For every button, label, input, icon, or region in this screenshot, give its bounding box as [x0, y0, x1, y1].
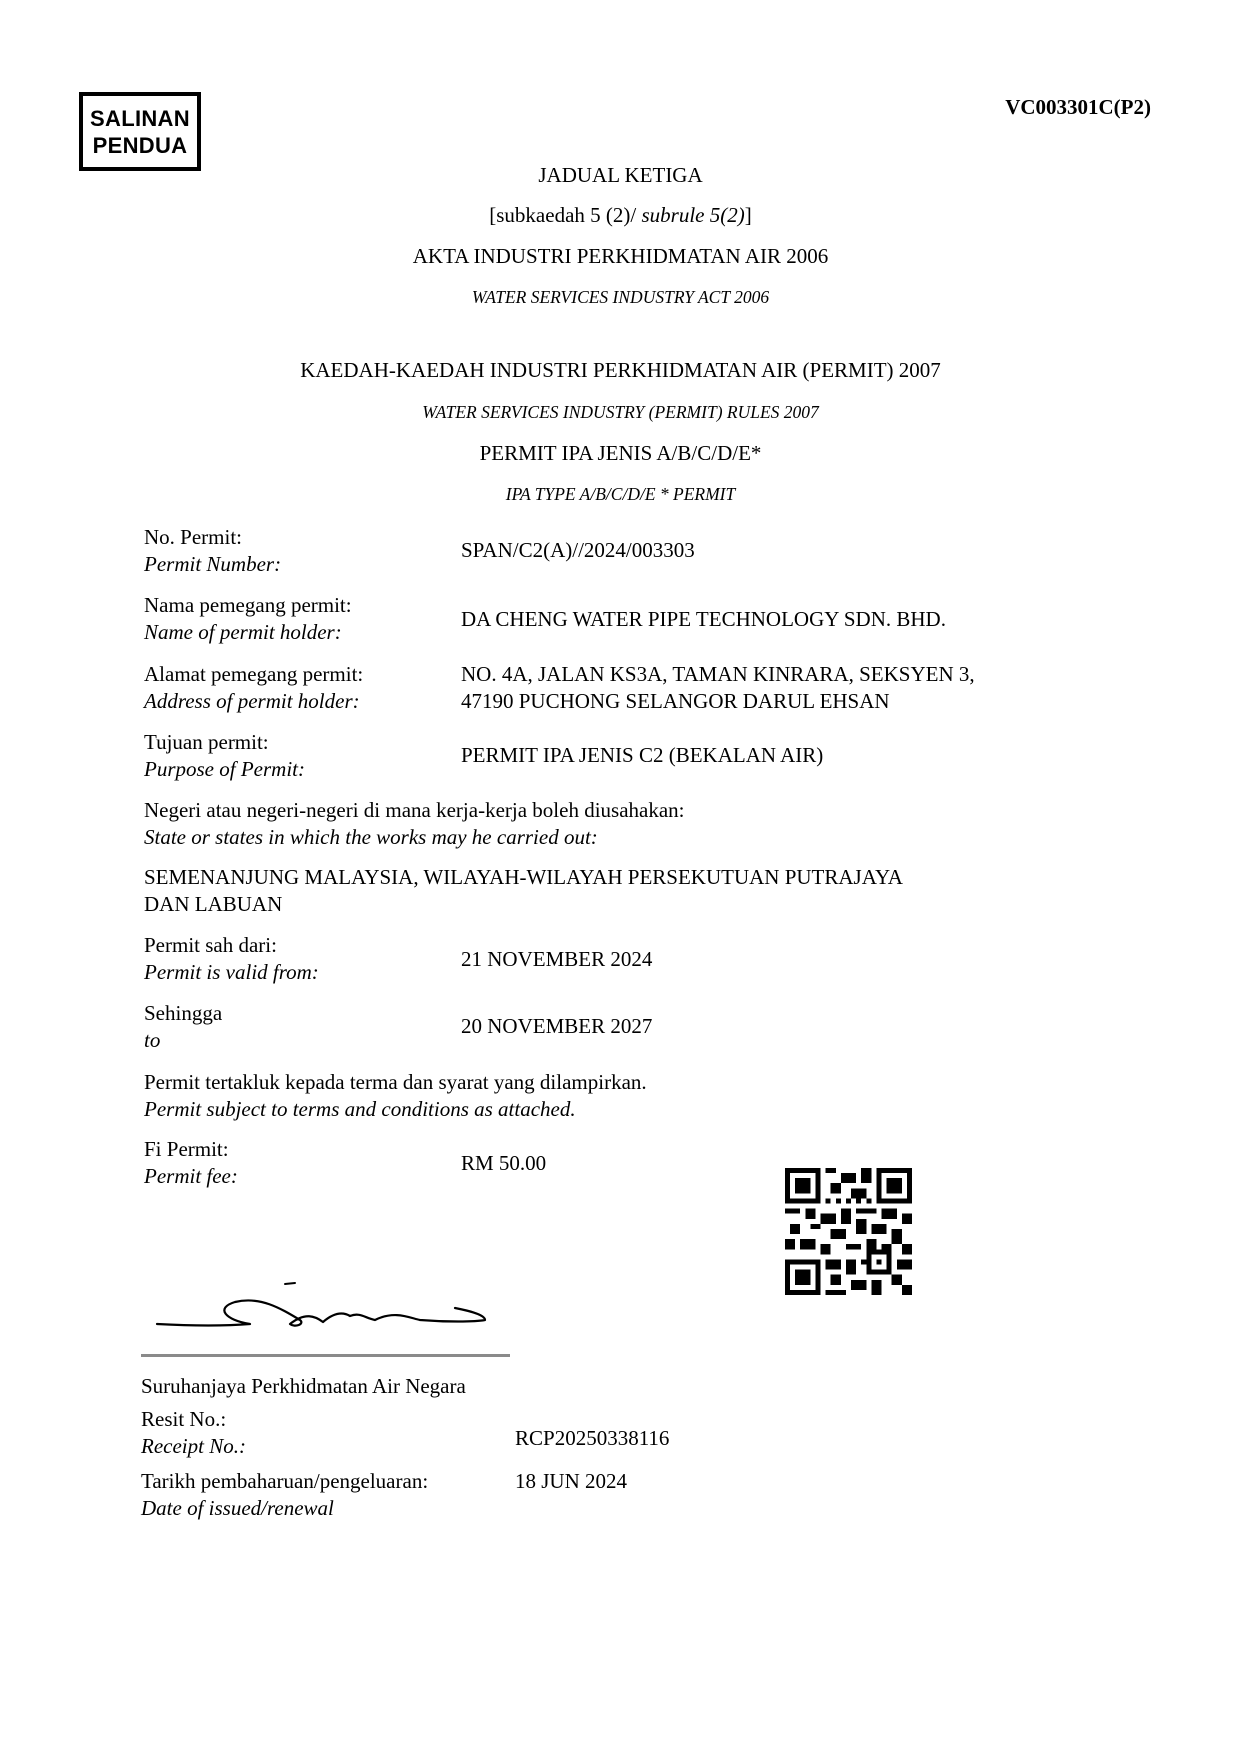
- act-title-en: WATER SERVICES INDUSTRY ACT 2006: [0, 287, 1241, 308]
- permit-type-my: PERMIT IPA JENIS A/B/C/D/E*: [0, 441, 1241, 466]
- holder-address-label: Alamat pemegang permit: Address of permi…: [144, 661, 363, 715]
- valid-to-label: Sehingga to: [144, 1000, 222, 1054]
- signature-icon: [155, 1280, 495, 1340]
- signature-line: [141, 1354, 510, 1357]
- stamp-line-1: SALINAN: [90, 105, 190, 132]
- qr-code-icon: [785, 1168, 912, 1295]
- stamp-line-2: PENDUA: [93, 132, 188, 159]
- act-title-my: AKTA INDUSTRI PERKHIDMATAN AIR 2006: [0, 244, 1241, 269]
- schedule-title: JADUAL KETIGA: [0, 163, 1241, 188]
- subrule-reference: [subkaedah 5 (2)/ subrule 5(2)]: [0, 203, 1241, 228]
- valid-from-label: Permit sah dari: Permit is valid from:: [144, 932, 319, 986]
- holder-address-value: NO. 4A, JALAN KS3A, TAMAN KINRARA, SEKSY…: [461, 661, 975, 715]
- receipt-value: RCP20250338116: [515, 1425, 669, 1452]
- rules-title-en: WATER SERVICES INDUSTRY (PERMIT) RULES 2…: [0, 402, 1241, 423]
- states-label: Negeri atau negeri-negeri di mana kerja-…: [144, 797, 685, 851]
- permit-number-value: SPAN/C2(A)//2024/003303: [461, 537, 695, 564]
- fee-value: RM 50.00: [461, 1150, 546, 1177]
- issue-date-value: 18 JUN 2024: [515, 1468, 627, 1495]
- receipt-label: Resit No.: Receipt No.:: [141, 1406, 246, 1460]
- permit-number-label: No. Permit: Permit Number:: [144, 524, 281, 578]
- states-value: SEMENANJUNG MALAYSIA, WILAYAH-WILAYAH PE…: [144, 864, 903, 918]
- authority-name: Suruhanjaya Perkhidmatan Air Negara: [141, 1373, 466, 1400]
- holder-name-label: Nama pemegang permit: Name of permit hol…: [144, 592, 352, 646]
- valid-to-value: 20 NOVEMBER 2027: [461, 1013, 652, 1040]
- terms-note: Permit tertakluk kepada terma dan syarat…: [144, 1069, 647, 1123]
- document-reference: VC003301C(P2): [1005, 95, 1151, 120]
- purpose-value: PERMIT IPA JENIS C2 (BEKALAN AIR): [461, 742, 823, 769]
- permit-type-en: IPA TYPE A/B/C/D/E * PERMIT: [0, 484, 1241, 505]
- holder-name-value: DA CHENG WATER PIPE TECHNOLOGY SDN. BHD.: [461, 606, 946, 633]
- purpose-label: Tujuan permit: Purpose of Permit:: [144, 729, 305, 783]
- duplicate-copy-stamp: SALINAN PENDUA: [79, 92, 201, 171]
- fee-label: Fi Permit: Permit fee:: [144, 1136, 238, 1190]
- valid-from-value: 21 NOVEMBER 2024: [461, 946, 652, 973]
- issue-date-label: Tarikh pembaharuan/pengeluaran: Date of …: [141, 1468, 428, 1522]
- rules-title-my: KAEDAH-KAEDAH INDUSTRI PERKHIDMATAN AIR …: [0, 358, 1241, 383]
